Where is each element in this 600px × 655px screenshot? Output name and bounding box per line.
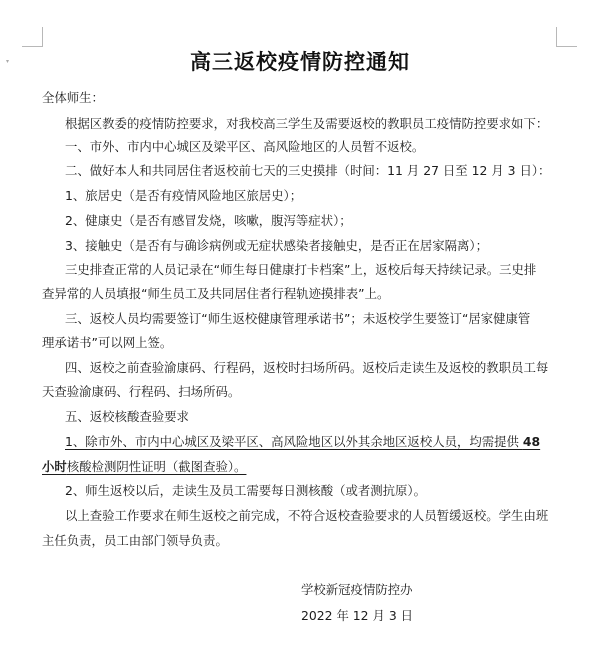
salutation: 全体师生： — [42, 90, 104, 106]
item-5-sub-1-hours-unit: 小时 — [42, 459, 67, 474]
paragraph-closing-line-2: 主任负责，员工由部门领导负责。 — [42, 533, 228, 549]
paragraph-item-2: 二、做好本人和共同居住者返校前七天的三史摸排（时间：11 月 27 日至 12 … — [65, 163, 550, 179]
paragraph-record-line-1: 三史排查正常的人员记录在“师生每日健康打卡档案”上，返校后每天持续记录。三史排 — [65, 262, 536, 278]
paragraph-item-4-line-2: 天查验渝康码、行程码、扫场所码。 — [42, 384, 240, 400]
paragraph-record-line-2: 查异常的人员填报“师生员工及共同居住者行程轨迹摸排表”上。 — [42, 286, 389, 302]
paragraph-item-3-line-2: 理承诺书”可以网上签。 — [42, 335, 172, 351]
paragraph-item-3-line-1: 三、返校人员均需要签订“师生返校健康管理承诺书”；未返校学生要签订“居家健康管 — [65, 311, 530, 327]
document-title: 高三返校疫情防控通知 — [0, 46, 600, 76]
paragraph-item-5: 五、返校核酸查验要求 — [65, 409, 189, 425]
paragraph-item-5-sub-1-line-1: 1、除市外、市内中心城区及梁平区、高风险地区以外其余地区返校人员，均需提供 48 — [65, 434, 540, 450]
paragraph-closing-line-1: 以上查验工作要求在师生返校之前完成，不符合返校查验要求的人员暂缓返校。学生由班 — [65, 508, 548, 524]
item-5-sub-1-hours-number: 48 — [523, 434, 540, 449]
paragraph-item-2-sub-3: 3、接触史（是否有与确诊病例或无症状感染者接触史，是否正在居家隔离）； — [65, 238, 488, 254]
paragraph-item-2-sub-2: 2、健康史（是否有感冒发烧，咳嗽，腹泻等症状）； — [65, 213, 352, 229]
paragraph-item-4-line-1: 四、返校之前查验渝康码、行程码，返校时扫场所码。返校后走读生及返校的教职员工每 — [65, 360, 548, 376]
margin-corner-top-right — [556, 27, 577, 47]
signature-date: 2022 年 12 月 3 日 — [301, 608, 413, 624]
paragraph-item-5-sub-2: 2、师生返校以后，走读生及员工需要每日测核酸（或者测抗原）。 — [65, 483, 426, 499]
item-5-sub-1-text: 1、除市外、市内中心城区及梁平区、高风险地区以外其余地区返校人员，均需提供 — [65, 434, 523, 449]
paragraph-item-5-sub-1-line-2: 小时核酸检测阴性证明（截图查验）。 — [42, 459, 246, 475]
signature-office: 学校新冠疫情防控办 — [301, 582, 413, 598]
paragraph-item-1: 一、市外、市内中心城区及梁平区、高风险地区的人员暂不返校。 — [65, 139, 424, 155]
item-5-sub-1-text-cont: 核酸检测阴性证明（截图查验）。 — [67, 459, 247, 474]
paragraph-item-2-sub-1: 1、旅居史（是否有疫情风险地区旅居史）； — [65, 188, 302, 204]
margin-corner-top-left — [22, 27, 43, 47]
paragraph-intro: 根据区教委的疫情防控要求，对我校高三学生及需要返校的教职员工疫情防控要求如下： — [65, 116, 548, 132]
